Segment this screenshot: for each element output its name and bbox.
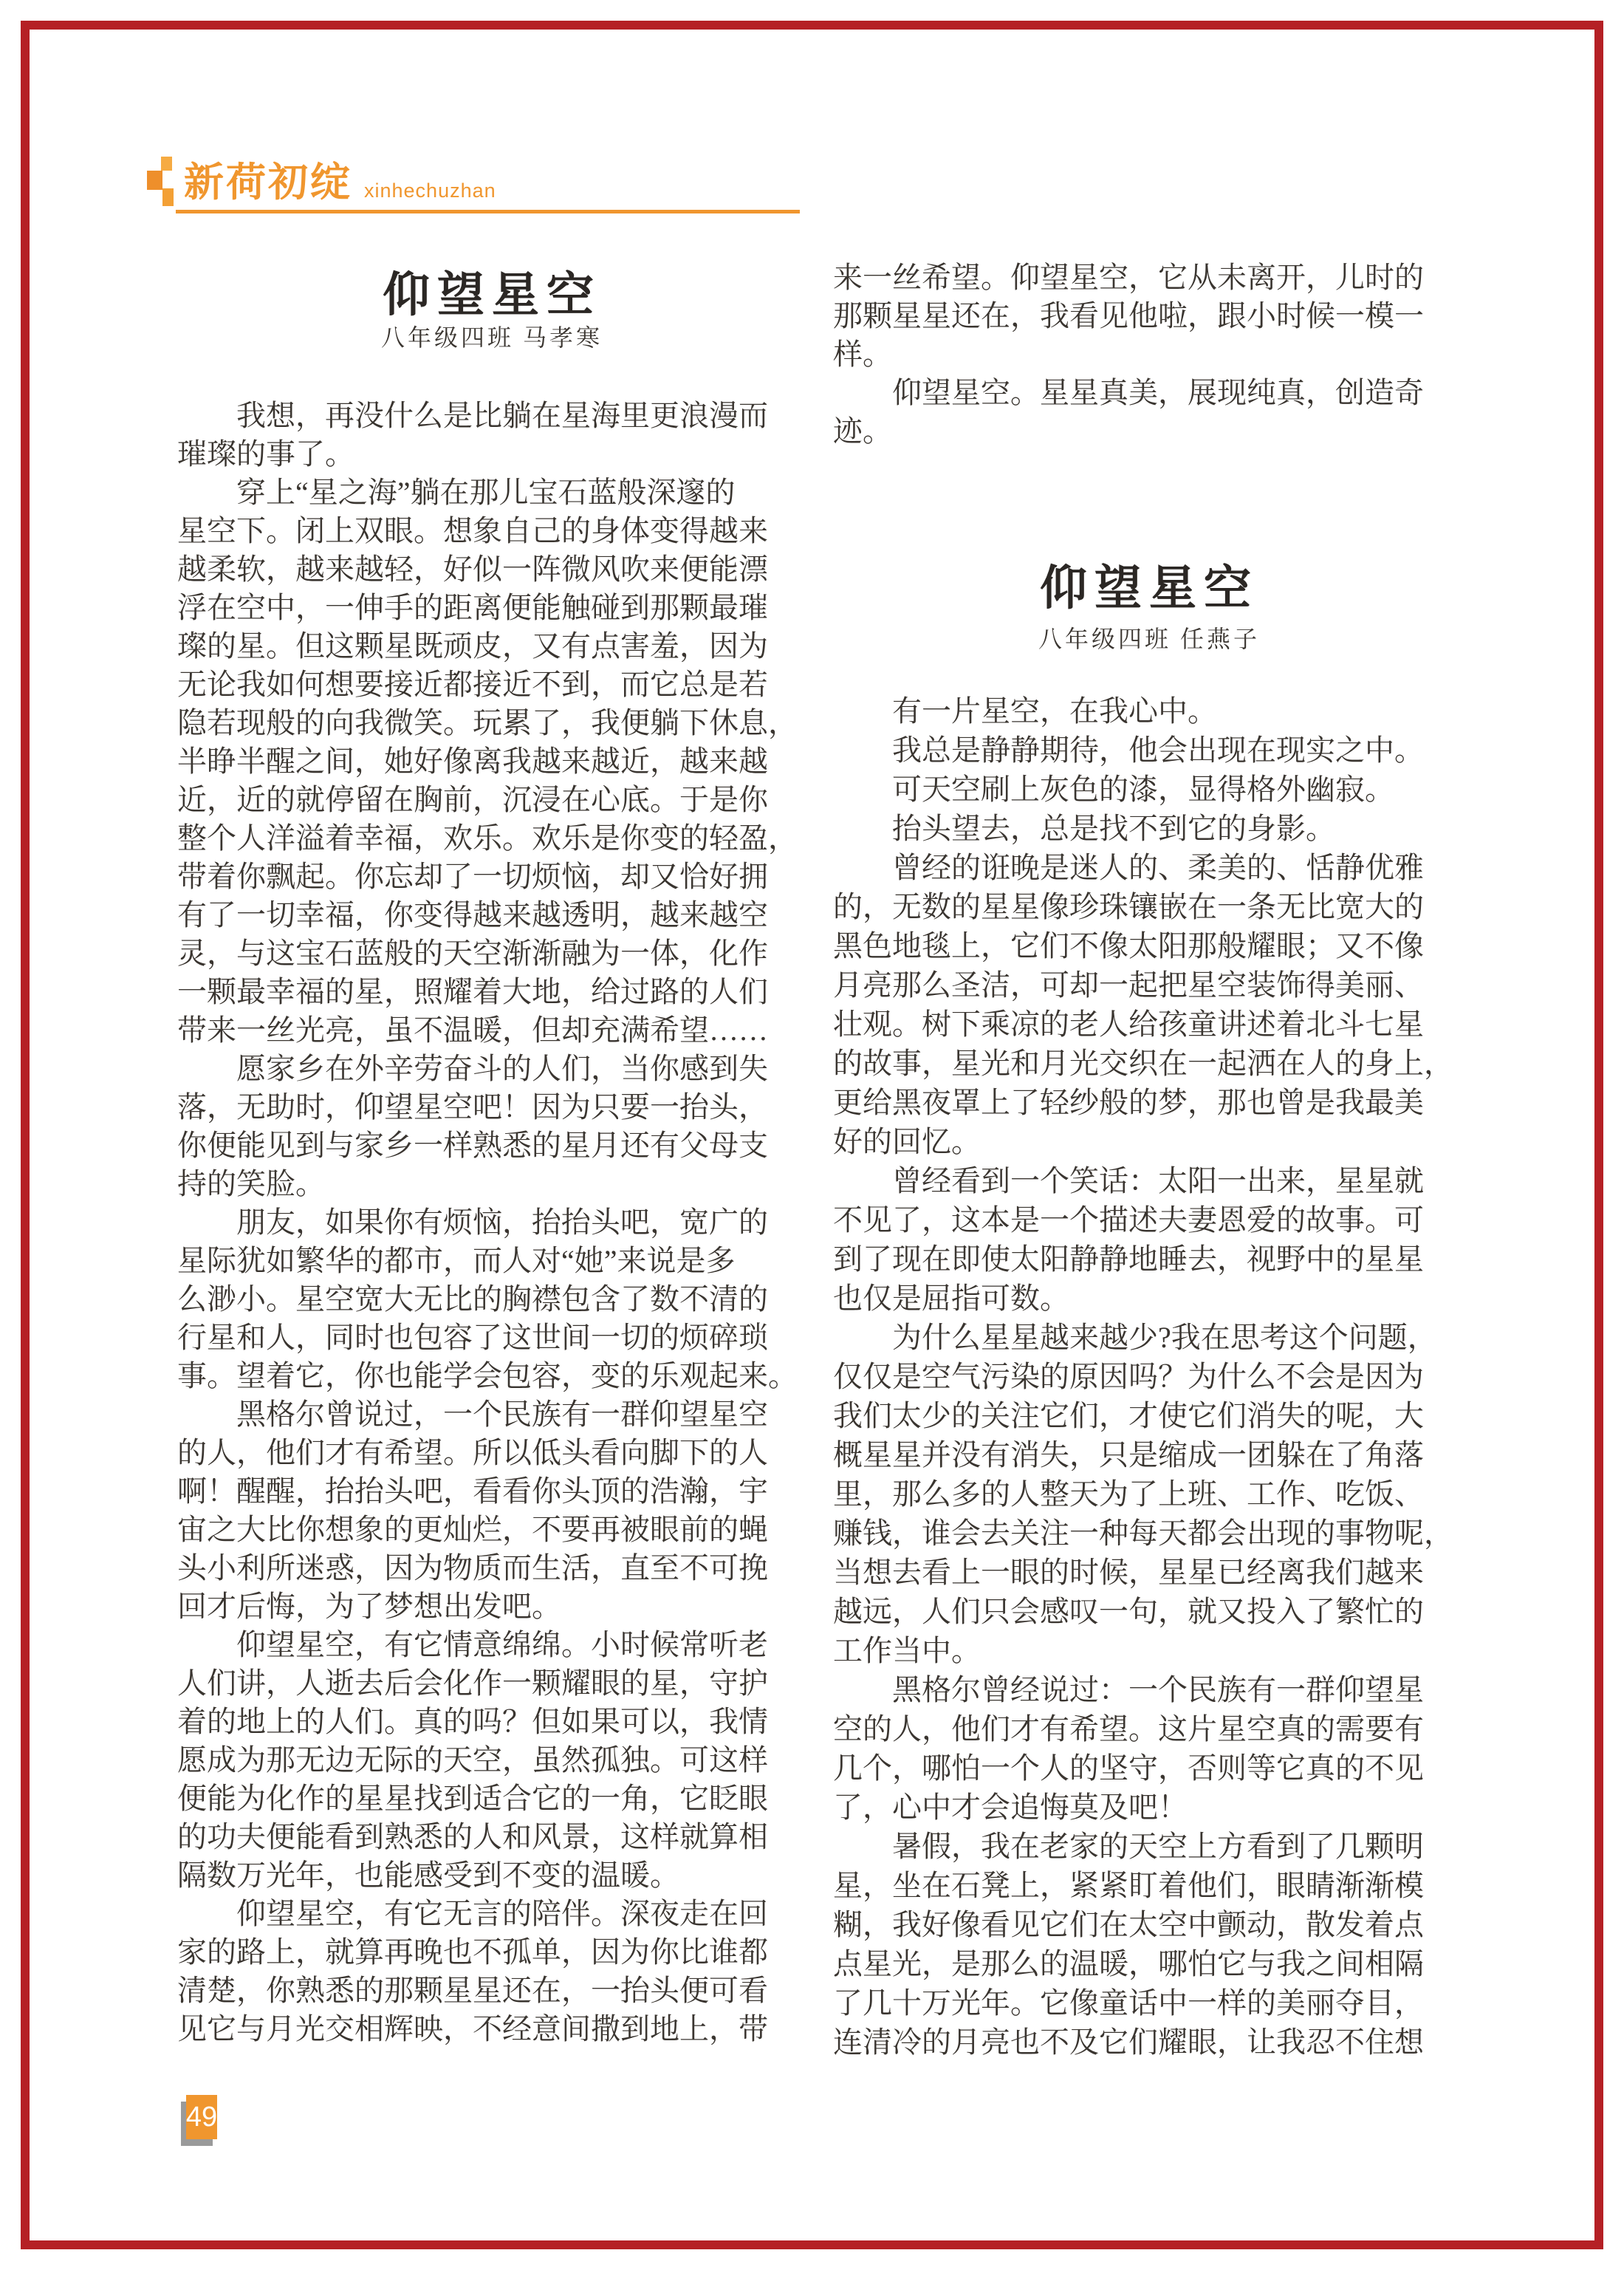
text-line: 家的路上，就算再晚也不孤单，因为你比谁都 xyxy=(177,1933,806,1972)
text-line: 黑格尔曾说过，一个民族有一群仰望星空 xyxy=(177,1395,806,1434)
header-brand-row: 新荷初绽 xinhechuzhan xyxy=(184,158,496,207)
text-line: 半睁半醒之间，她好像离我越来越近，越来越 xyxy=(177,742,806,781)
text-line: 浮在空中，一伸手的距离便能触碰到那颗最璀 xyxy=(177,589,806,627)
text-line: 着的地上的人们。真的吗？但如果可以，我情 xyxy=(177,1703,806,1741)
text-line: 越远，人们只会感叹一句，就又投入了繁忙的 xyxy=(833,1592,1465,1631)
text-line: 无论我如何想要接近都接近不到，而它总是若 xyxy=(177,666,806,704)
text-line: 的故事，星光和月光交织在一起洒在人的身上， xyxy=(833,1044,1465,1083)
text-line: 仰望星空，有它无言的陪伴。深夜走在回 xyxy=(177,1895,806,1933)
text-line: 曾经看到一个笑话：太阳一出来，星星就 xyxy=(833,1161,1465,1200)
essay1-author: 八年级四班 马孝寒 xyxy=(177,319,806,353)
text-line: 星际犹如繁华的都市，而人对“她”来说是多 xyxy=(177,1242,806,1280)
text-line: 清楚，你熟悉的那颗星星还在，一抬头便可看 xyxy=(177,1972,806,2010)
text-line: 的功夫便能看到熟悉的人和风景，这样就算相 xyxy=(177,1818,806,1856)
text-line: 带着你飘起。你忘却了一切烦恼，却又恰好拥 xyxy=(177,858,806,896)
essay1-body-column2: 来一丝希望。仰望星空，它从未离开，儿时的那颗星星还在，我看见他啦，跟小时候一模一… xyxy=(833,259,1465,451)
header-rule xyxy=(176,210,800,213)
text-line: 暑假，我在老家的天空上方看到了几颗明 xyxy=(833,1827,1465,1866)
text-line: 星空下。闭上双眼。想象自己的身体变得越来 xyxy=(177,512,806,550)
text-line: 有一片星空，在我心中。 xyxy=(833,691,1465,731)
text-line: 隐若现般的向我微笑。玩累了，我便躺下休息， xyxy=(177,704,806,742)
text-line: 黑色地毯上，它们不像太阳那般耀眼；又不像 xyxy=(833,926,1465,965)
text-line: 的人，他们才有希望。所以低头看向脚下的人 xyxy=(177,1434,806,1472)
logo-square-bottom-icon xyxy=(162,188,174,206)
text-line: 点星光，是那么的温暖，哪怕它与我之间相隔 xyxy=(833,1944,1465,1983)
text-line: 么渺小。星空宽大无比的胸襟包含了数不清的 xyxy=(177,1280,806,1319)
text-line: 近，近的就停留在胸前，沉浸在心底。于是你 xyxy=(177,781,806,819)
text-line: 灵，与这宝石蓝般的天空渐渐融为一体，化作 xyxy=(177,934,806,973)
text-line: 糊，我好像看见它们在太空中颤动，散发着点 xyxy=(833,1905,1465,1944)
text-line: 好的回忆。 xyxy=(833,1122,1465,1161)
text-line: 的，无数的星星像珍珠镶嵌在一条无比宽大的 xyxy=(833,887,1465,926)
text-line: 来一丝希望。仰望星空，它从未离开，儿时的 xyxy=(833,259,1465,297)
text-line: 也仅是屈指可数。 xyxy=(833,1279,1465,1318)
page-number-badge: 49 xyxy=(186,2095,217,2139)
text-line: 那颗星星还在，我看见他啦，跟小时候一模一 xyxy=(833,297,1465,335)
text-line: 有了一切幸福，你变得越来越透明，越来越空 xyxy=(177,896,806,934)
text-line: 行星和人，同时也包容了这世间一切的烦碎琐 xyxy=(177,1319,806,1357)
text-line: 人们讲，人逝去后会化作一颗耀眼的星，守护 xyxy=(177,1664,806,1703)
text-line: 了，心中才会追悔莫及吧！ xyxy=(833,1788,1465,1827)
text-line: 璀璨的事了。 xyxy=(177,435,806,474)
text-line: 为什么星星越来越少?我在思考这个问题， xyxy=(833,1318,1465,1357)
text-line: 落，无助时，仰望星空吧！因为只要一抬头， xyxy=(177,1088,806,1127)
text-line: 月亮那么圣洁，可却一起把星空装饰得美丽、 xyxy=(833,965,1465,1005)
text-line: 你便能见到与家乡一样熟悉的星月还有父母支 xyxy=(177,1127,806,1165)
text-line: 持的笑脸。 xyxy=(177,1165,806,1203)
text-line: 事。望着它，你也能学会包容，变的乐观起来。 xyxy=(177,1357,806,1395)
text-line: 越柔软，越来越轻，好似一阵微风吹来便能漂 xyxy=(177,550,806,589)
text-line: 宙之大比你想象的更灿烂，不要再被眼前的蝇 xyxy=(177,1511,806,1549)
text-line: 概星星并没有消失，只是缩成一团躲在了角落 xyxy=(833,1435,1465,1474)
logo-square-middle-icon xyxy=(147,171,162,190)
text-line: 更给黑夜罩上了轻纱般的梦，那也曾是我最美 xyxy=(833,1083,1465,1122)
logo-squares-icon xyxy=(147,157,177,210)
text-line: 仰望星空，有它情意绵绵。小时候常听老 xyxy=(177,1626,806,1664)
text-line: 抬头望去，总是找不到它的身影。 xyxy=(833,809,1465,848)
text-line: 连清冷的月亮也不及它们耀眼，让我忍不住想 xyxy=(833,2023,1465,2062)
text-line: 我们太少的关注它们，才使它们消失的呢，大 xyxy=(833,1396,1465,1435)
text-line: 工作当中。 xyxy=(833,1631,1465,1670)
text-line: 我总是静静期待，他会出现在现实之中。 xyxy=(833,731,1465,770)
text-line: 我想，再没什么是比躺在星海里更浪漫而 xyxy=(177,397,806,435)
text-line: 星，坐在石凳上，紧紧盯着他们，眼睛渐渐模 xyxy=(833,1866,1465,1905)
text-line: 几个，哪怕一个人的坚守，否则等它真的不见 xyxy=(833,1748,1465,1788)
text-line: 头小利所迷惑，因为物质而生活，直至不可挽 xyxy=(177,1549,806,1587)
text-line: 愿家乡在外辛劳奋斗的人们，当你感到失 xyxy=(177,1050,806,1088)
text-line: 愿成为那无边无际的天空，虽然孤独。可这样 xyxy=(177,1741,806,1780)
text-line: 迹。 xyxy=(833,412,1465,451)
text-line: 璨的星。但这颗星既顽皮，又有点害羞，因为 xyxy=(177,627,806,666)
text-line: 了几十万光年。它像童话中一样的美丽夺目， xyxy=(833,1983,1465,2023)
text-line: 见它与月光交相辉映，不经意间撒到地上，带 xyxy=(177,2010,806,2048)
text-line: 黑格尔曾经说过：一个民族有一群仰望星 xyxy=(833,1670,1465,1709)
text-line: 隔数万光年，也能感受到不变的温暖。 xyxy=(177,1856,806,1895)
text-line: 样。 xyxy=(833,335,1465,374)
text-line: 不见了，这本是一个描述夫妻恩爱的故事。可 xyxy=(833,1200,1465,1240)
text-line: 回才后悔，为了梦想出发吧。 xyxy=(177,1587,806,1626)
text-line: 里，那么多的人整天为了上班、工作、吃饭、 xyxy=(833,1474,1465,1514)
text-line: 仅仅是空气污染的原因吗？为什么不会是因为 xyxy=(833,1357,1465,1396)
text-line: 到了现在即使太阳静静地睡去，视野中的星星 xyxy=(833,1240,1465,1279)
text-line: 便能为化作的星星找到适合它的一角，它眨眼 xyxy=(177,1780,806,1818)
text-line: 朋友，如果你有烦恼，抬抬头吧，宽广的 xyxy=(177,1203,806,1242)
brand-title: 新荷初绽 xyxy=(184,158,352,207)
magazine-page: { "page": { "page_number": "49", "accent… xyxy=(0,0,1624,2270)
text-line: 曾经的诳晚是迷人的、柔美的、恬静优雅 xyxy=(833,848,1465,887)
essay2-author: 八年级四班 任燕子 xyxy=(833,621,1465,654)
text-line: 仰望星空。星星真美，展现纯真，创造奇 xyxy=(833,374,1465,412)
text-line: 可天空刷上灰色的漆，显得格外幽寂。 xyxy=(833,770,1465,809)
text-line: 带来一丝光亮，虽不温暖，但却充满希望…… xyxy=(177,1011,806,1050)
text-line: 啊！醒醒，抬抬头吧，看看你头顶的浩瀚，宇 xyxy=(177,1472,806,1511)
brand-subtitle: xinhechuzhan xyxy=(364,174,496,207)
text-line: 空的人，他们才有希望。这片星空真的需要有 xyxy=(833,1709,1465,1748)
text-line: 一颗最幸福的星，照耀着大地，给过路的人们 xyxy=(177,973,806,1011)
text-line: 穿上“星之海”躺在那儿宝石蓝般深邃的 xyxy=(177,474,806,512)
essay1-title: 仰望星空 xyxy=(177,257,806,325)
text-line: 当想去看上一眼的时候，星星已经离我们越来 xyxy=(833,1553,1465,1592)
logo-square-top-icon xyxy=(161,157,172,171)
essay2-title: 仰望星空 xyxy=(833,550,1465,618)
text-line: 赚钱，谁会去关注一种每天都会出现的事物呢， xyxy=(833,1514,1465,1553)
essay1-body-column1: 我想，再没什么是比躺在星海里更浪漫而璀璨的事了。 穿上“星之海”躺在那儿宝石蓝般… xyxy=(177,397,806,2048)
essay2-body: 有一片星空，在我心中。 我总是静静期待，他会出现在现实之中。 可天空刷上灰色的漆… xyxy=(833,691,1465,2062)
text-line: 整个人洋溢着幸福，欢乐。欢乐是你变的轻盈， xyxy=(177,819,806,858)
text-line: 壮观。树下乘凉的老人给孩童讲述着北斗七星 xyxy=(833,1005,1465,1044)
